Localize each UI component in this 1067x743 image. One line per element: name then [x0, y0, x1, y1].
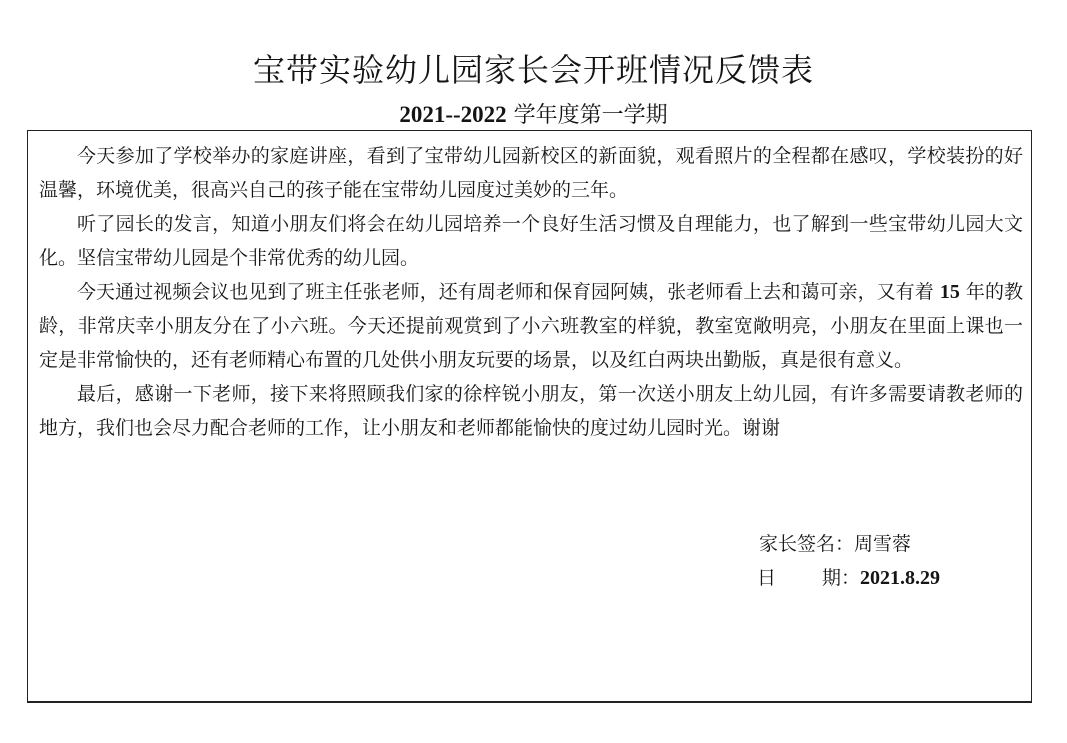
feedback-box: 今天参加了学校举办的家庭讲座，看到了宝带幼儿园新校区的新面貌，观看照片的全程都在… [27, 130, 1032, 703]
paragraph-1: 今天参加了学校举办的家庭讲座，看到了宝带幼儿园新校区的新面貌，观看照片的全程都在… [39, 139, 1023, 207]
term-label: 学年度第一学期 [507, 103, 668, 128]
date-value: 2021.8.29 [860, 567, 940, 589]
document-subtitle: 2021--2022 学年度第一学期 [0, 100, 1067, 131]
paragraph-3: 今天通过视频会议也见到了班主任张老师，还有周老师和保育园阿姨，张老师看上去和蔼可… [39, 275, 1023, 377]
school-year: 2021--2022 [399, 102, 506, 127]
date-label-part-2: 期： [822, 567, 860, 589]
years-teaching-number: 15 [940, 281, 960, 303]
parent-signature-label: 家长签名： [759, 533, 854, 555]
date-label-part-1: 日 [757, 567, 776, 589]
paragraph-2: 听了园长的发言，知道小朋友们将会在幼儿园培养一个良好生活习惯及自理能力，也了解到… [39, 207, 1023, 275]
signature-block: 家长签名：周雪蓉 日期：2021.8.29 [757, 527, 940, 595]
paragraph-3-part-1: 今天通过视频会议也见到了班主任张老师，还有周老师和保育园阿姨，张老师看上去和蔼可… [77, 281, 940, 303]
date-row: 日期：2021.8.29 [757, 561, 940, 595]
parent-signature-name: 周雪蓉 [854, 533, 911, 555]
feedback-body: 今天参加了学校举办的家庭讲座，看到了宝带幼儿园新校区的新面貌，观看照片的全程都在… [39, 139, 1023, 445]
document-title: 宝带实验幼儿园家长会开班情况反馈表 [0, 46, 1067, 94]
parent-signature-row: 家长签名：周雪蓉 [757, 527, 940, 561]
paragraph-4: 最后，感谢一下老师，接下来将照顾我们家的徐梓锐小朋友，第一次送小朋友上幼儿园，有… [39, 377, 1023, 445]
